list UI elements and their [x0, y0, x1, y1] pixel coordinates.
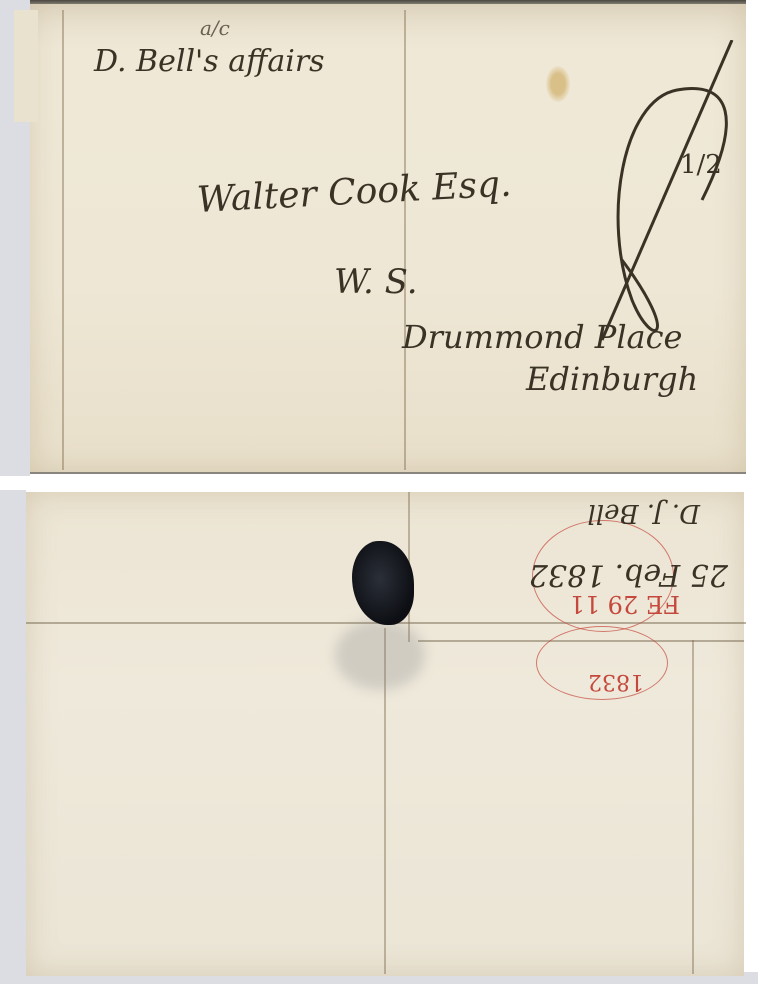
address-line-2: W. S. [334, 262, 418, 302]
front-edge-bottom [30, 472, 746, 474]
front-fold-center [404, 10, 406, 470]
datestamp-upper: FE 29 11 [569, 590, 680, 618]
postage-rate-8-icon [582, 40, 742, 350]
front-left-flap [14, 10, 38, 122]
address-line-4: Edinburgh [526, 360, 698, 398]
front-fold-left [62, 10, 64, 470]
datestamp-lower: 1832 [588, 669, 644, 694]
back-fold-right [692, 640, 694, 974]
front-docket-top: a/c [200, 16, 230, 40]
back-docket-date: 25 Feb. 1832 [529, 557, 728, 592]
ink-blot [546, 66, 570, 102]
front-docket-line: D. Bell's affairs [94, 44, 325, 79]
image-divider [0, 476, 758, 490]
seal-stain [335, 620, 425, 690]
back-docket-name: D. J. Bell [587, 498, 700, 528]
postage-fraction: 1/2 [680, 150, 722, 180]
background-left-bottom [0, 490, 26, 980]
